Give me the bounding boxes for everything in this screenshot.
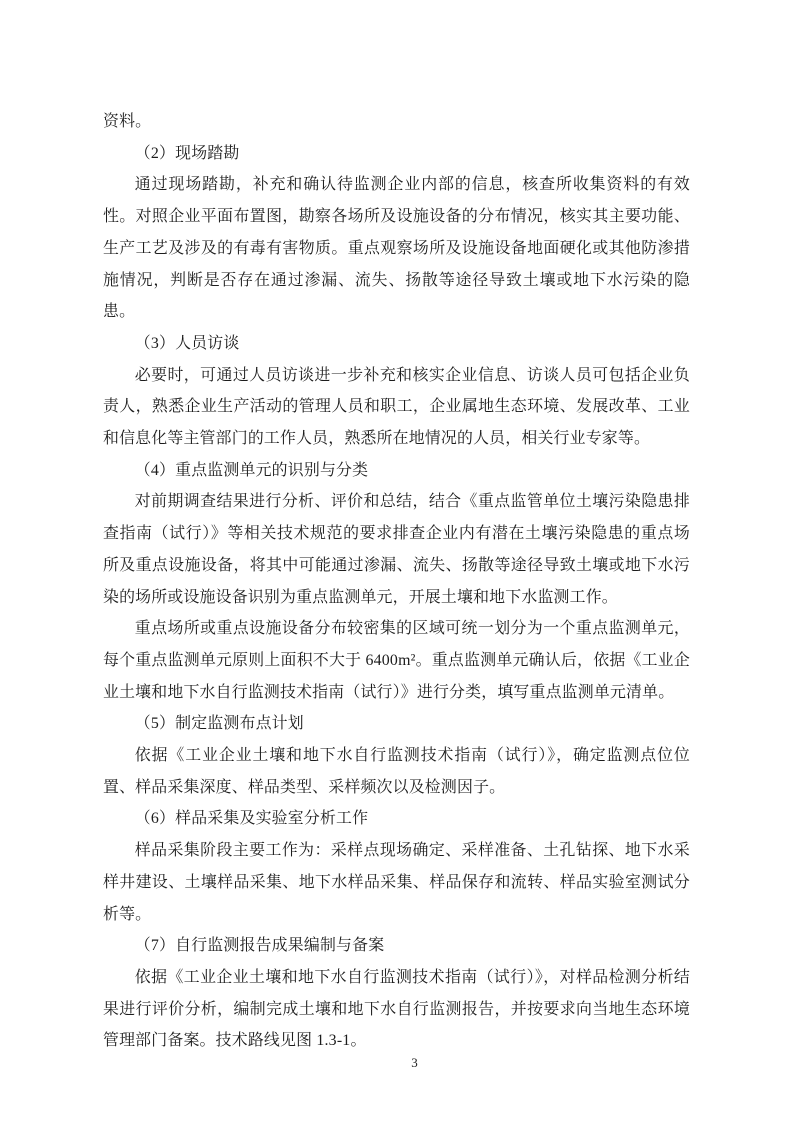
paragraph: 依据《工业企业土壤和地下水自行监测技术指南（试行）》，确定监测点位位置、样品采集… [103,740,690,803]
paragraph: （3）人员访谈 [103,328,690,360]
paragraph: （5）制定监测布点计划 [103,708,690,740]
paragraph: 资料。 [103,106,690,138]
paragraph: 必要时，可通过人员访谈进一步补充和核实企业信息、访谈人员可包括企业负责人，熟悉企… [103,360,690,455]
document-body: 资料。（2）现场踏勘通过现场踏勘，补充和确认待监测企业内部的信息，核查所收集资料… [103,106,690,1057]
paragraph: 样品采集阶段主要工作为：采样点现场确定、采样准备、土孔钻探、地下水采样井建设、土… [103,835,690,930]
paragraph: 依据《工业企业土壤和地下水自行监测技术指南（试行）》，对样品检测分析结果进行评价… [103,962,690,1057]
paragraph: （6）样品采集及实验室分析工作 [103,803,690,835]
page-footer: 3 [0,1055,793,1071]
paragraph: 对前期调查结果进行分析、评价和总结，结合《重点监管单位土壤污染隐患排查指南（试行… [103,486,690,613]
paragraph: （2）现场踏勘 [103,138,690,170]
paragraph: 通过现场踏勘，补充和确认待监测企业内部的信息，核查所收集资料的有效性。对照企业平… [103,169,690,328]
paragraph: 重点场所或重点设施设备分布较密集的区域可统一划分为一个重点监测单元，每个重点监测… [103,613,690,708]
paragraph: （4）重点监测单元的识别与分类 [103,455,690,487]
paragraph: （7）自行监测报告成果编制与备案 [103,930,690,962]
page-number: 3 [411,1055,418,1070]
document-page: 资料。（2）现场踏勘通过现场踏勘，补充和确认待监测企业内部的信息，核查所收集资料… [0,0,793,1122]
